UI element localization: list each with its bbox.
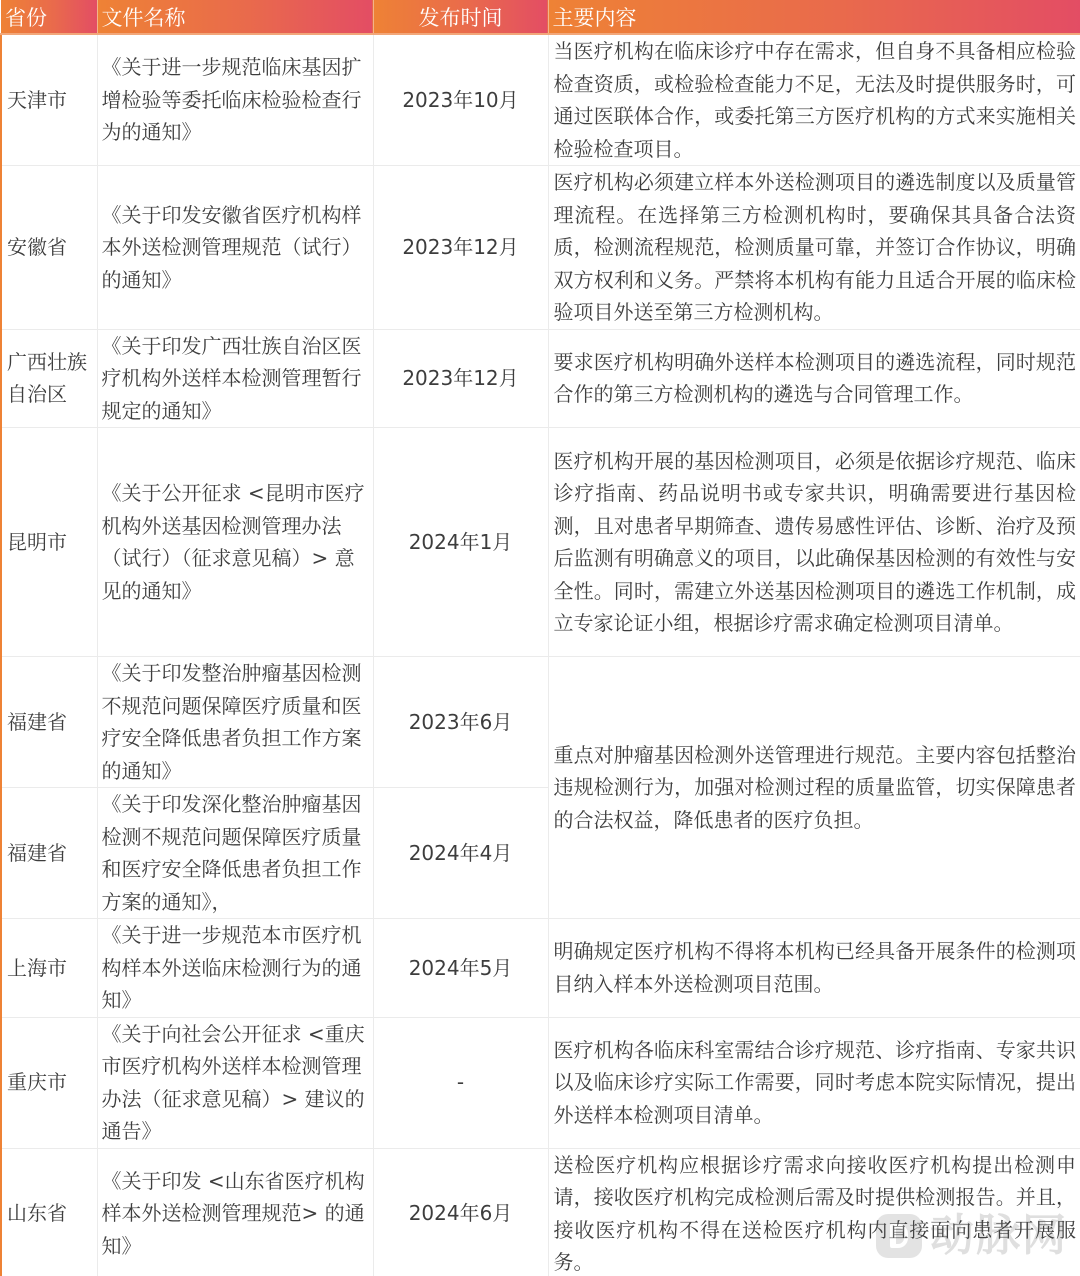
table-row: 安徽省 《关于印发安徽省医疗机构样本外送检测管理规范（试行）的通知》 2023年… [1, 166, 1080, 330]
cell-main-content-merged: 重点对肿瘤基因检测外送管理进行规范。主要内容包括整治违规检测行为，加强对检测过程… [548, 657, 1080, 919]
table-row: 广西壮族自治区 《关于印发广西壮族自治区医疗机构外送样本检测管理暂行规定的通知》… [1, 329, 1080, 428]
cell-publish-date: 2024年4月 [373, 788, 548, 919]
table-row: 上海市 《关于进一步规范本市医疗机构样本外送临床检测行为的通知》 2024年5月… [1, 919, 1080, 1018]
cell-document-name: 《关于印发广西壮族自治区医疗机构外送样本检测管理暂行规定的通知》 [97, 329, 373, 428]
cell-publish-date: 2023年12月 [373, 329, 548, 428]
cell-publish-date: 2023年10月 [373, 34, 548, 166]
header-row: 省份 文件名称 发布时间 主要内容 [1, 0, 1080, 34]
cell-main-content: 要求医疗机构明确外送样本检测项目的遴选流程，同时规范合作的第三方检测机构的遴选与… [548, 329, 1080, 428]
cell-province: 天津市 [1, 34, 97, 166]
table-row: 天津市 《关于进一步规范临床基因扩增检验等委托临床检验检查行为的通知》 2023… [1, 34, 1080, 166]
cell-publish-date: 2024年1月 [373, 428, 548, 657]
cell-publish-date: 2023年12月 [373, 166, 548, 330]
cell-main-content: 明确规定医疗机构不得将本机构已经具备开展条件的检测项目纳入样本外送检测项目范围。 [548, 919, 1080, 1018]
cell-document-name: 《关于印发安徽省医疗机构样本外送检测管理规范（试行）的通知》 [97, 166, 373, 330]
cell-document-name: 《关于印发整治肿瘤基因检测不规范问题保障医疗质量和医疗安全降低患者负担工作方案的… [97, 657, 373, 788]
cell-main-content: 医疗机构必须建立样本外送检测项目的遴选制度以及质量管理流程。在选择第三方检测机构… [548, 166, 1080, 330]
table-body: 天津市 《关于进一步规范临床基因扩增检验等委托临床检验检查行为的通知》 2023… [1, 34, 1080, 1276]
cell-document-name: 《关于进一步规范本市医疗机构样本外送临床检测行为的通知》 [97, 919, 373, 1018]
cell-province: 广西壮族自治区 [1, 329, 97, 428]
cell-province: 山东省 [1, 1148, 97, 1276]
table-row: 山东省 《关于印发 <山东省医疗机构样本外送检测管理规范> 的通知》 2024年… [1, 1148, 1080, 1276]
header-publish-date: 发布时间 [373, 0, 548, 34]
table-row: 昆明市 《关于公开征求 <昆明市医疗机构外送基因检测管理办法（试行）（征求意见稿… [1, 428, 1080, 657]
cell-publish-date: 2024年5月 [373, 919, 548, 1018]
table-header: 省份 文件名称 发布时间 主要内容 [1, 0, 1080, 34]
cell-province: 福建省 [1, 657, 97, 788]
header-main-content: 主要内容 [548, 0, 1080, 34]
cell-main-content: 送检医疗机构应根据诊疗需求向接收医疗机构提出检测申请，接收医疗机构完成检测后需及… [548, 1148, 1080, 1276]
cell-main-content: 当医疗机构在临床诊疗中存在需求，但自身不具备相应检验检查资质，或检验检查能力不足… [548, 34, 1080, 166]
cell-document-name: 《关于印发 <山东省医疗机构样本外送检测管理规范> 的通知》 [97, 1148, 373, 1276]
policy-table: 省份 文件名称 发布时间 主要内容 天津市 《关于进一步规范临床基因扩增检验等委… [0, 0, 1080, 1276]
cell-document-name: 《关于向社会公开征求 <重庆市医疗机构外送样本检测管理办法（征求意见稿）> 建议… [97, 1017, 373, 1148]
cell-province: 重庆市 [1, 1017, 97, 1148]
table-row: 福建省 《关于印发整治肿瘤基因检测不规范问题保障医疗质量和医疗安全降低患者负担工… [1, 657, 1080, 788]
header-province: 省份 [1, 0, 97, 34]
header-document-name: 文件名称 [97, 0, 373, 34]
cell-main-content: 医疗机构开展的基因检测项目，必须是依据诊疗规范、临床诊疗指南、药品说明书或专家共… [548, 428, 1080, 657]
cell-document-name: 《关于印发深化整治肿瘤基因检测不规范问题保障医疗质量和医疗安全降低患者负担工作方… [97, 788, 373, 919]
cell-document-name: 《关于进一步规范临床基因扩增检验等委托临床检验检查行为的通知》 [97, 34, 373, 166]
cell-publish-date: - [373, 1017, 548, 1148]
cell-province: 安徽省 [1, 166, 97, 330]
cell-document-name: 《关于公开征求 <昆明市医疗机构外送基因检测管理办法（试行）（征求意见稿）> 意… [97, 428, 373, 657]
cell-publish-date: 2024年6月 [373, 1148, 548, 1276]
table-row: 重庆市 《关于向社会公开征求 <重庆市医疗机构外送样本检测管理办法（征求意见稿）… [1, 1017, 1080, 1148]
cell-province: 昆明市 [1, 428, 97, 657]
cell-publish-date: 2023年6月 [373, 657, 548, 788]
cell-province: 福建省 [1, 788, 97, 919]
cell-province: 上海市 [1, 919, 97, 1018]
cell-main-content: 医疗机构各临床科室需结合诊疗规范、诊疗指南、专家共识以及临床诊疗实际工作需要，同… [548, 1017, 1080, 1148]
